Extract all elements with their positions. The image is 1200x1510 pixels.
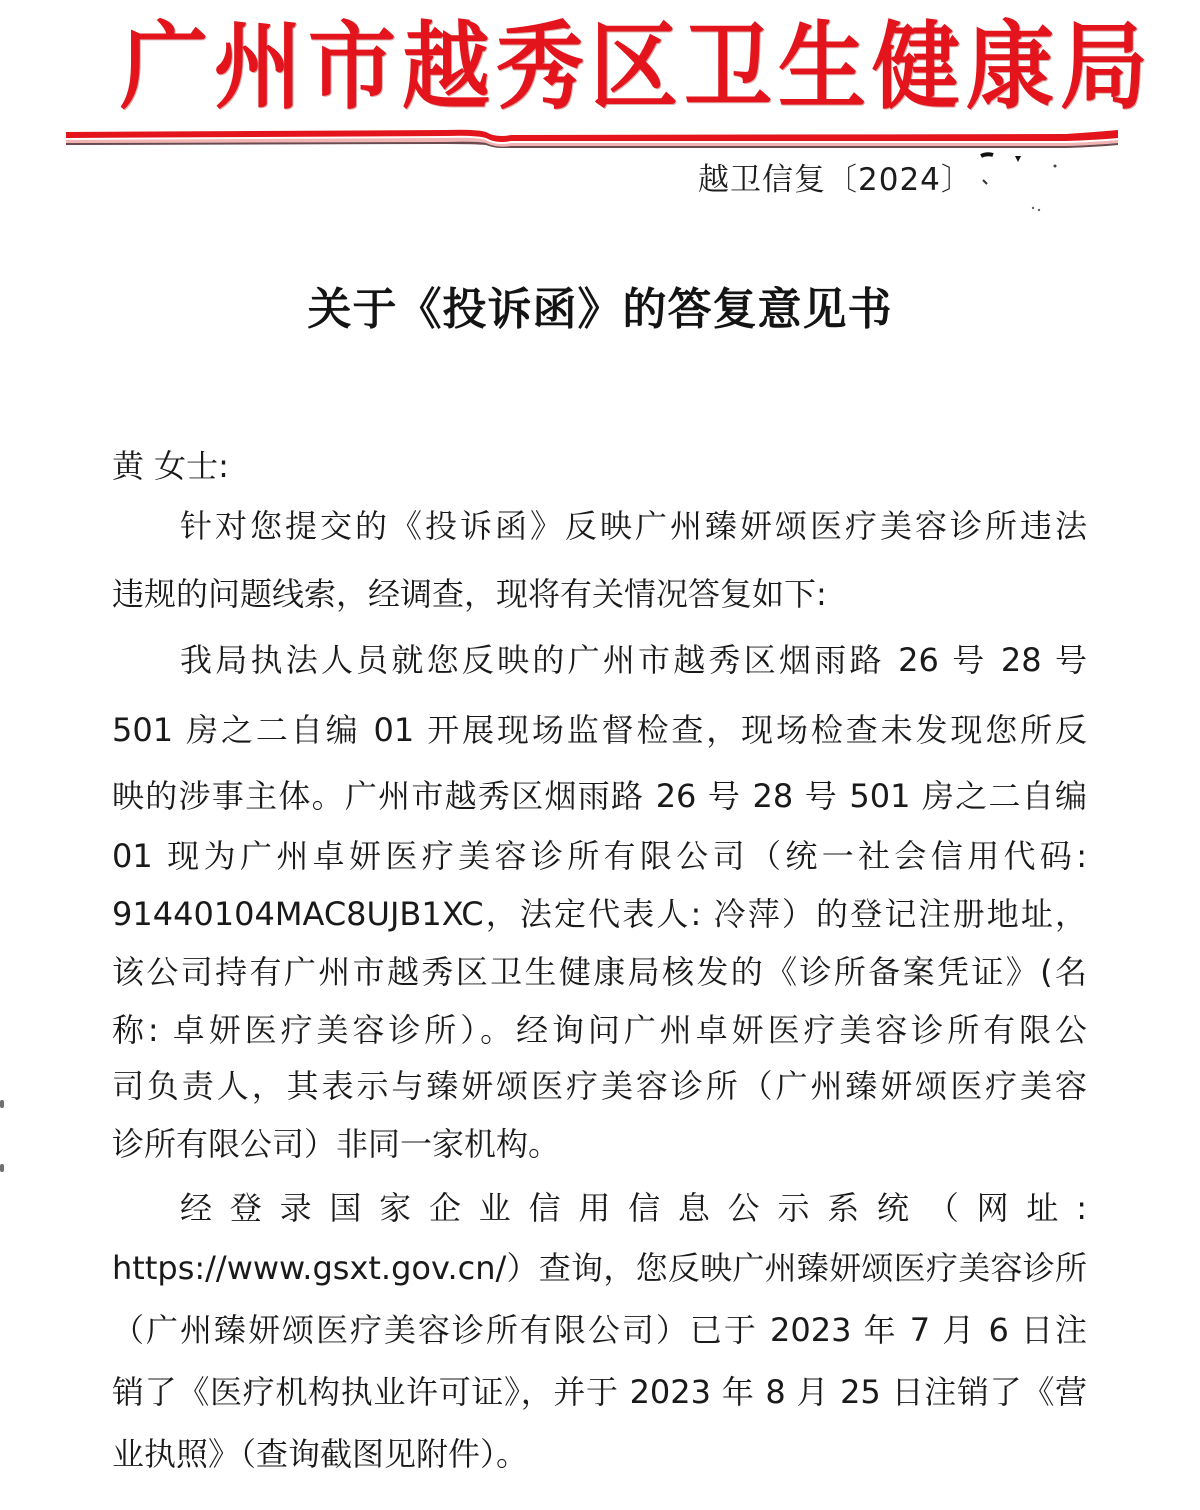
redaction-marks (975, 150, 1095, 220)
body-line: 称: 卓妍医疗美容诊所）。经询问广州卓妍医疗美容诊所有限公 (112, 1008, 1087, 1052)
scan-mark (0, 1100, 4, 1108)
body-line: 业执照》（查询截图见附件）。 (112, 1432, 1087, 1476)
body-line: 501 房之二自编 01 开展现场监督检查，现场检查未发现您所反 (112, 708, 1087, 752)
document-title: 关于《投诉函》的答复意见书 (0, 280, 1200, 340)
body-line: 映的涉事主体。广州市越秀区烟雨路 26 号 28 号 501 房之二自编 (112, 774, 1087, 818)
body-line: 经登录国家企业信用信息公示系统（网址: (180, 1186, 1087, 1230)
document-page: 广州市越秀区卫生健康局 越卫信复〔2024〕 关于《投诉函》的答复意见书 黄 女… (0, 0, 1200, 1510)
scan-edge-marks (0, 1080, 12, 1180)
body-line: 我局执法人员就您反映的广州市越秀区烟雨路 26 号 28 号 (180, 638, 1087, 682)
body-line: 诊所有限公司）非同一家机构。 (112, 1122, 1087, 1166)
body-line: 针对您提交的《投诉函》反映广州臻妍颂医疗美容诊所违法 (180, 504, 1087, 548)
letterhead-red-rule (66, 126, 1118, 148)
body-line: 违规的问题线索，经调查，现将有关情况答复如下: (112, 572, 1087, 616)
body-line: （广州臻妍颂医疗美容诊所有限公司）已于 2023 年 7 月 6 日注 (112, 1308, 1087, 1352)
salutation: 黄 女士: (112, 444, 412, 488)
body-line: 该公司持有广州市越秀区卫生健康局核发的《诊所备案凭证》(名 (112, 950, 1087, 994)
body-line: https://www.gsxt.gov.cn/）查询，您反映广州臻妍颂医疗美容… (112, 1246, 1087, 1290)
body-line: 销了《医疗机构执业许可证》，并于 2023 年 8 月 25 日注销了《营 (112, 1370, 1087, 1414)
body-line: 91440104MAC8UJB1XC，法定代表人: 冷萍）的登记注册地址， (112, 892, 1087, 936)
issuer-letterhead: 广州市越秀区卫生健康局 (120, 12, 1080, 120)
body-line: 司负责人，其表示与臻妍颂医疗美容诊所（广州臻妍颂医疗美容 (112, 1064, 1087, 1108)
scan-mark (0, 1164, 4, 1172)
document-number: 越卫信复〔2024〕 (698, 158, 973, 202)
body-line: 01 现为广州卓妍医疗美容诊所有限公司（统一社会信用代码: (112, 834, 1087, 878)
